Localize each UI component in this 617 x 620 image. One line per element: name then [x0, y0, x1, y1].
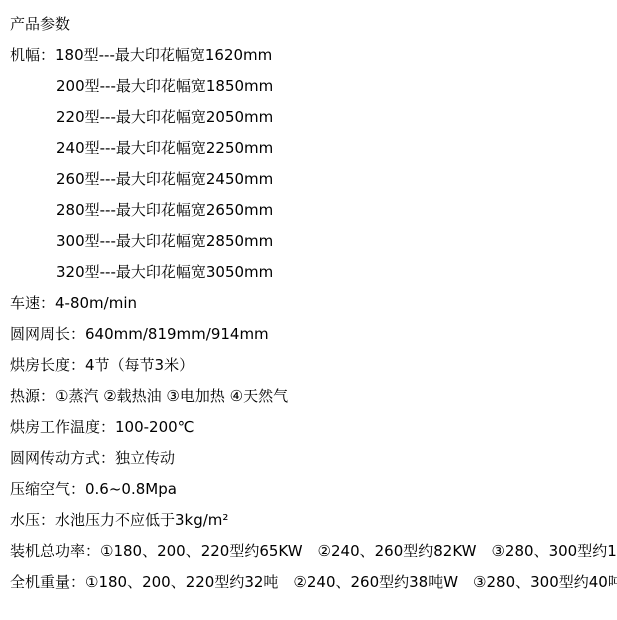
spec-water-pressure: 水压：水池压力不应低于3kg/m²: [10, 513, 609, 528]
spec-oven-length: 烘房长度：4节（每节3米）: [10, 358, 609, 373]
spec-total-machine-weight: 全机重量：①180、200、220型约32吨 ②240、260型约38吨W ③2…: [10, 575, 609, 590]
machine-width-label: 机幅：: [10, 46, 55, 64]
page-title: 产品参数: [10, 17, 609, 32]
spec-screen-circumference: 圆网周长：640mm/819mm/914mm: [10, 327, 609, 342]
machine-width-model-320: 320型---最大印花幅宽3050mm: [10, 265, 609, 280]
spec-oven-working-temperature: 烘房工作温度：100-200℃: [10, 420, 609, 435]
spec-screen-drive-mode: 圆网传动方式：独立传动: [10, 451, 609, 466]
product-parameters-document: 产品参数 机幅：180型---最大印花幅宽1620mm 200型---最大印花幅…: [0, 0, 617, 620]
spec-speed: 车速：4-80m/min: [10, 296, 609, 311]
machine-width-model-240: 240型---最大印花幅宽2250mm: [10, 141, 609, 156]
machine-width-model-200: 200型---最大印花幅宽1850mm: [10, 79, 609, 94]
machine-width-model-300: 300型---最大印花幅宽2850mm: [10, 234, 609, 249]
spec-heat-source: 热源：①蒸汽 ②载热油 ③电加热 ④天然气: [10, 389, 609, 404]
spec-compressed-air: 压缩空气：0.6~0.8Mpa: [10, 482, 609, 497]
machine-width-model-280: 280型---最大印花幅宽2650mm: [10, 203, 609, 218]
machine-width-model-180: 180型---最大印花幅宽1620mm: [55, 46, 272, 64]
machine-width-model-220: 220型---最大印花幅宽2050mm: [10, 110, 609, 125]
spec-total-installed-power: 装机总功率：①180、200、220型约65KW ②240、260型约82KW …: [10, 544, 609, 559]
machine-width-model-260: 260型---最大印花幅宽2450mm: [10, 172, 609, 187]
machine-width-line: 机幅：180型---最大印花幅宽1620mm: [10, 48, 609, 63]
